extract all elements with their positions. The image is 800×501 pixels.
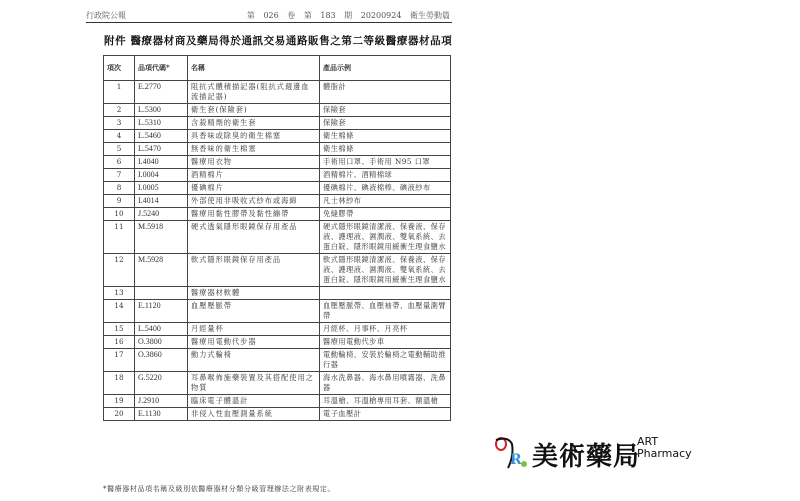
date: 20200924 bbox=[361, 11, 402, 20]
item-number: 2 bbox=[104, 104, 135, 117]
item-code: E.2770 bbox=[135, 81, 188, 104]
item-number: 17 bbox=[104, 349, 135, 372]
item-example: 保險套 bbox=[320, 117, 451, 130]
item-name: 耳鼻喉佈施藥裝置及其搭配使用之物質 bbox=[188, 372, 320, 395]
item-number: 12 bbox=[104, 254, 135, 287]
table-row: 10J.5240醫療用黏性膠帶及黏性繃帶免縫膠帶 bbox=[104, 208, 451, 221]
item-example: 衛生棉條 bbox=[320, 130, 451, 143]
item-name: 酒精棉片 bbox=[188, 169, 320, 182]
item-example: 凡士林紗布 bbox=[320, 195, 451, 208]
col-no: 項次 bbox=[104, 56, 135, 81]
table-row: 8I.0005優碘棉片優碘棉片、碘液棉棒、碘液紗布 bbox=[104, 182, 451, 195]
item-name: 月經量杯 bbox=[188, 323, 320, 336]
device-items-table: 項次 品項代碼* 名稱 產品示例 1E.2770阻抗式體積描記器(阻抗式週邊血流… bbox=[103, 55, 451, 421]
item-number: 1 bbox=[104, 81, 135, 104]
table-row: 14E.1120血壓壓脈帶血壓壓脈帶、血壓袖帶、血壓量測臂帶 bbox=[104, 300, 451, 323]
col-code: 品項代碼* bbox=[135, 56, 188, 81]
table-row: 16O.3800醫療用電動代步器醫療用電動代步車 bbox=[104, 336, 451, 349]
item-code: L.5460 bbox=[135, 130, 188, 143]
item-number: 3 bbox=[104, 117, 135, 130]
table-row: 9I.4014外部使用非吸收式紗布或海綿凡士林紗布 bbox=[104, 195, 451, 208]
item-code: L.5470 bbox=[135, 143, 188, 156]
item-example: 體脂計 bbox=[320, 81, 451, 104]
table-row: 12M.5928軟式隱形眼鏡保存用產品軟式隱形眼鏡清潔液、保養液、保存液、護理液… bbox=[104, 254, 451, 287]
issue: 第 183 期 bbox=[304, 11, 352, 20]
table-row: 7I.0004酒精棉片酒精棉片、酒精棉球 bbox=[104, 169, 451, 182]
item-example bbox=[320, 287, 451, 300]
item-example: 衛生棉條 bbox=[320, 143, 451, 156]
item-example: 月經杯、月事杯、月亮杯 bbox=[320, 323, 451, 336]
item-code: L.5300 bbox=[135, 104, 188, 117]
item-number: 19 bbox=[104, 395, 135, 408]
item-name: 硬式透氣隱形眼鏡保存用產品 bbox=[188, 221, 320, 254]
item-code: E.1120 bbox=[135, 300, 188, 323]
table-row: 18G.5220耳鼻喉佈施藥裝置及其搭配使用之物質海水洗鼻器、海水鼻用噴霧器、洗… bbox=[104, 372, 451, 395]
item-code: G.5220 bbox=[135, 372, 188, 395]
item-code bbox=[135, 287, 188, 300]
document-title: 附件 醫療器材商及藥局得於通訊交易通路販售之第二等級醫療器材品項 bbox=[104, 33, 452, 48]
issue-info: 第 026 卷 第 183 期 20200924 衛生勞動篇 bbox=[247, 10, 450, 21]
item-example: 醫療用電動代步車 bbox=[320, 336, 451, 349]
table-row: 11M.5918硬式透氣隱形眼鏡保存用產品硬式隱形眼鏡清潔液、保養液、保存液、護… bbox=[104, 221, 451, 254]
item-code: O.3800 bbox=[135, 336, 188, 349]
item-number: 14 bbox=[104, 300, 135, 323]
item-example: 酒精棉片、酒精棉球 bbox=[320, 169, 451, 182]
table-row: 13醫療器材軟體 bbox=[104, 287, 451, 300]
item-name: 外部使用非吸收式紗布或海綿 bbox=[188, 195, 320, 208]
art-pharmacy-logo: R 美術藥局 ART Pharmacy bbox=[492, 432, 712, 476]
item-code: I.0005 bbox=[135, 182, 188, 195]
item-name: 具香味或除臭的衛生棉塞 bbox=[188, 130, 320, 143]
item-example: 電動輪椅、安裝於輪椅之電動輔助推行器 bbox=[320, 349, 451, 372]
table-row: 6I.4040醫療用衣物手術用口罩、手術用 N95 口罩 bbox=[104, 156, 451, 169]
item-number: 20 bbox=[104, 408, 135, 421]
item-number: 6 bbox=[104, 156, 135, 169]
item-name: 動力式輪椅 bbox=[188, 349, 320, 372]
item-name: 無香味的衛生棉塞 bbox=[188, 143, 320, 156]
table-row: 20E.1130非侵入性血壓測量系統電子血壓計 bbox=[104, 408, 451, 421]
table-row: 15L.5400月經量杯月經杯、月事杯、月亮杯 bbox=[104, 323, 451, 336]
item-name: 血壓壓脈帶 bbox=[188, 300, 320, 323]
publisher: 行政院公報 bbox=[86, 10, 126, 21]
svg-text:R: R bbox=[510, 452, 522, 468]
table-row: 3L.5310含殺精劑的衛生套保險套 bbox=[104, 117, 451, 130]
table-row: 4L.5460具香味或除臭的衛生棉塞衛生棉條 bbox=[104, 130, 451, 143]
item-example: 手術用口罩、手術用 N95 口罩 bbox=[320, 156, 451, 169]
gazette-header: 行政院公報 第 026 卷 第 183 期 20200924 衛生勞動篇 bbox=[86, 8, 452, 23]
item-number: 7 bbox=[104, 169, 135, 182]
item-name: 醫療器材軟體 bbox=[188, 287, 320, 300]
table-row: 1E.2770阻抗式體積描記器(阻抗式週邊血流描記器)體脂計 bbox=[104, 81, 451, 104]
item-name: 醫療用電動代步器 bbox=[188, 336, 320, 349]
table-row: 2L.5300衛生套(保險套)保險套 bbox=[104, 104, 451, 117]
item-example: 血壓壓脈帶、血壓袖帶、血壓量測臂帶 bbox=[320, 300, 451, 323]
item-example: 軟式隱形眼鏡清潔液、保養液、保存液、護理液、濕潤液、雙氧系統、去蛋白錠、隱形眼鏡… bbox=[320, 254, 451, 287]
item-example: 硬式隱形眼鏡清潔液、保養液、保存液、護理液、濕潤液、雙氧系統、去蛋白錠、隱形眼鏡… bbox=[320, 221, 451, 254]
item-code: E.1130 bbox=[135, 408, 188, 421]
col-example: 產品示例 bbox=[320, 56, 451, 81]
item-code: I.0004 bbox=[135, 169, 188, 182]
item-example: 優碘棉片、碘液棉棒、碘液紗布 bbox=[320, 182, 451, 195]
item-code: I.4014 bbox=[135, 195, 188, 208]
item-example: 海水洗鼻器、海水鼻用噴霧器、洗鼻器 bbox=[320, 372, 451, 395]
table-row: 19J.2910臨床電子體溫計耳溫槍、耳溫槍專用耳套、額溫槍 bbox=[104, 395, 451, 408]
item-number: 18 bbox=[104, 372, 135, 395]
brand-english: ART Pharmacy bbox=[637, 436, 692, 460]
table-row: 5L.5470無香味的衛生棉塞衛生棉條 bbox=[104, 143, 451, 156]
item-code: I.4040 bbox=[135, 156, 188, 169]
brand-name: 美術藥局 bbox=[532, 436, 640, 473]
item-code: M.5918 bbox=[135, 221, 188, 254]
item-number: 10 bbox=[104, 208, 135, 221]
item-name: 臨床電子體溫計 bbox=[188, 395, 320, 408]
item-example: 保險套 bbox=[320, 104, 451, 117]
pharmacy-mark-icon: R bbox=[492, 434, 532, 474]
volume: 第 026 卷 bbox=[247, 11, 295, 20]
item-name: 醫療用黏性膠帶及黏性繃帶 bbox=[188, 208, 320, 221]
item-number: 13 bbox=[104, 287, 135, 300]
item-name: 醫療用衣物 bbox=[188, 156, 320, 169]
item-code: O.3860 bbox=[135, 349, 188, 372]
item-number: 11 bbox=[104, 221, 135, 254]
item-name: 含殺精劑的衛生套 bbox=[188, 117, 320, 130]
footnote: *醫療器材品項名稱及級別依醫療器材分類分級管理辦法之附表規定。 bbox=[103, 484, 335, 494]
item-number: 5 bbox=[104, 143, 135, 156]
section: 衛生勞動篇 bbox=[410, 11, 450, 20]
item-number: 8 bbox=[104, 182, 135, 195]
item-name: 阻抗式體積描記器(阻抗式週邊血流描記器) bbox=[188, 81, 320, 104]
col-name: 名稱 bbox=[188, 56, 320, 81]
item-example: 耳溫槍、耳溫槍專用耳套、額溫槍 bbox=[320, 395, 451, 408]
item-number: 9 bbox=[104, 195, 135, 208]
brand-en-line2: Pharmacy bbox=[637, 448, 692, 460]
item-number: 15 bbox=[104, 323, 135, 336]
item-example: 免縫膠帶 bbox=[320, 208, 451, 221]
item-name: 衛生套(保險套) bbox=[188, 104, 320, 117]
item-number: 16 bbox=[104, 336, 135, 349]
table-row: 17O.3860動力式輪椅電動輪椅、安裝於輪椅之電動輔助推行器 bbox=[104, 349, 451, 372]
item-name: 非侵入性血壓測量系統 bbox=[188, 408, 320, 421]
item-code: J.5240 bbox=[135, 208, 188, 221]
table-header-row: 項次 品項代碼* 名稱 產品示例 bbox=[104, 56, 451, 81]
item-code: L.5400 bbox=[135, 323, 188, 336]
item-example: 電子血壓計 bbox=[320, 408, 451, 421]
item-number: 4 bbox=[104, 130, 135, 143]
item-name: 優碘棉片 bbox=[188, 182, 320, 195]
item-code: M.5928 bbox=[135, 254, 188, 287]
item-code: J.2910 bbox=[135, 395, 188, 408]
item-code: L.5310 bbox=[135, 117, 188, 130]
item-name: 軟式隱形眼鏡保存用產品 bbox=[188, 254, 320, 287]
